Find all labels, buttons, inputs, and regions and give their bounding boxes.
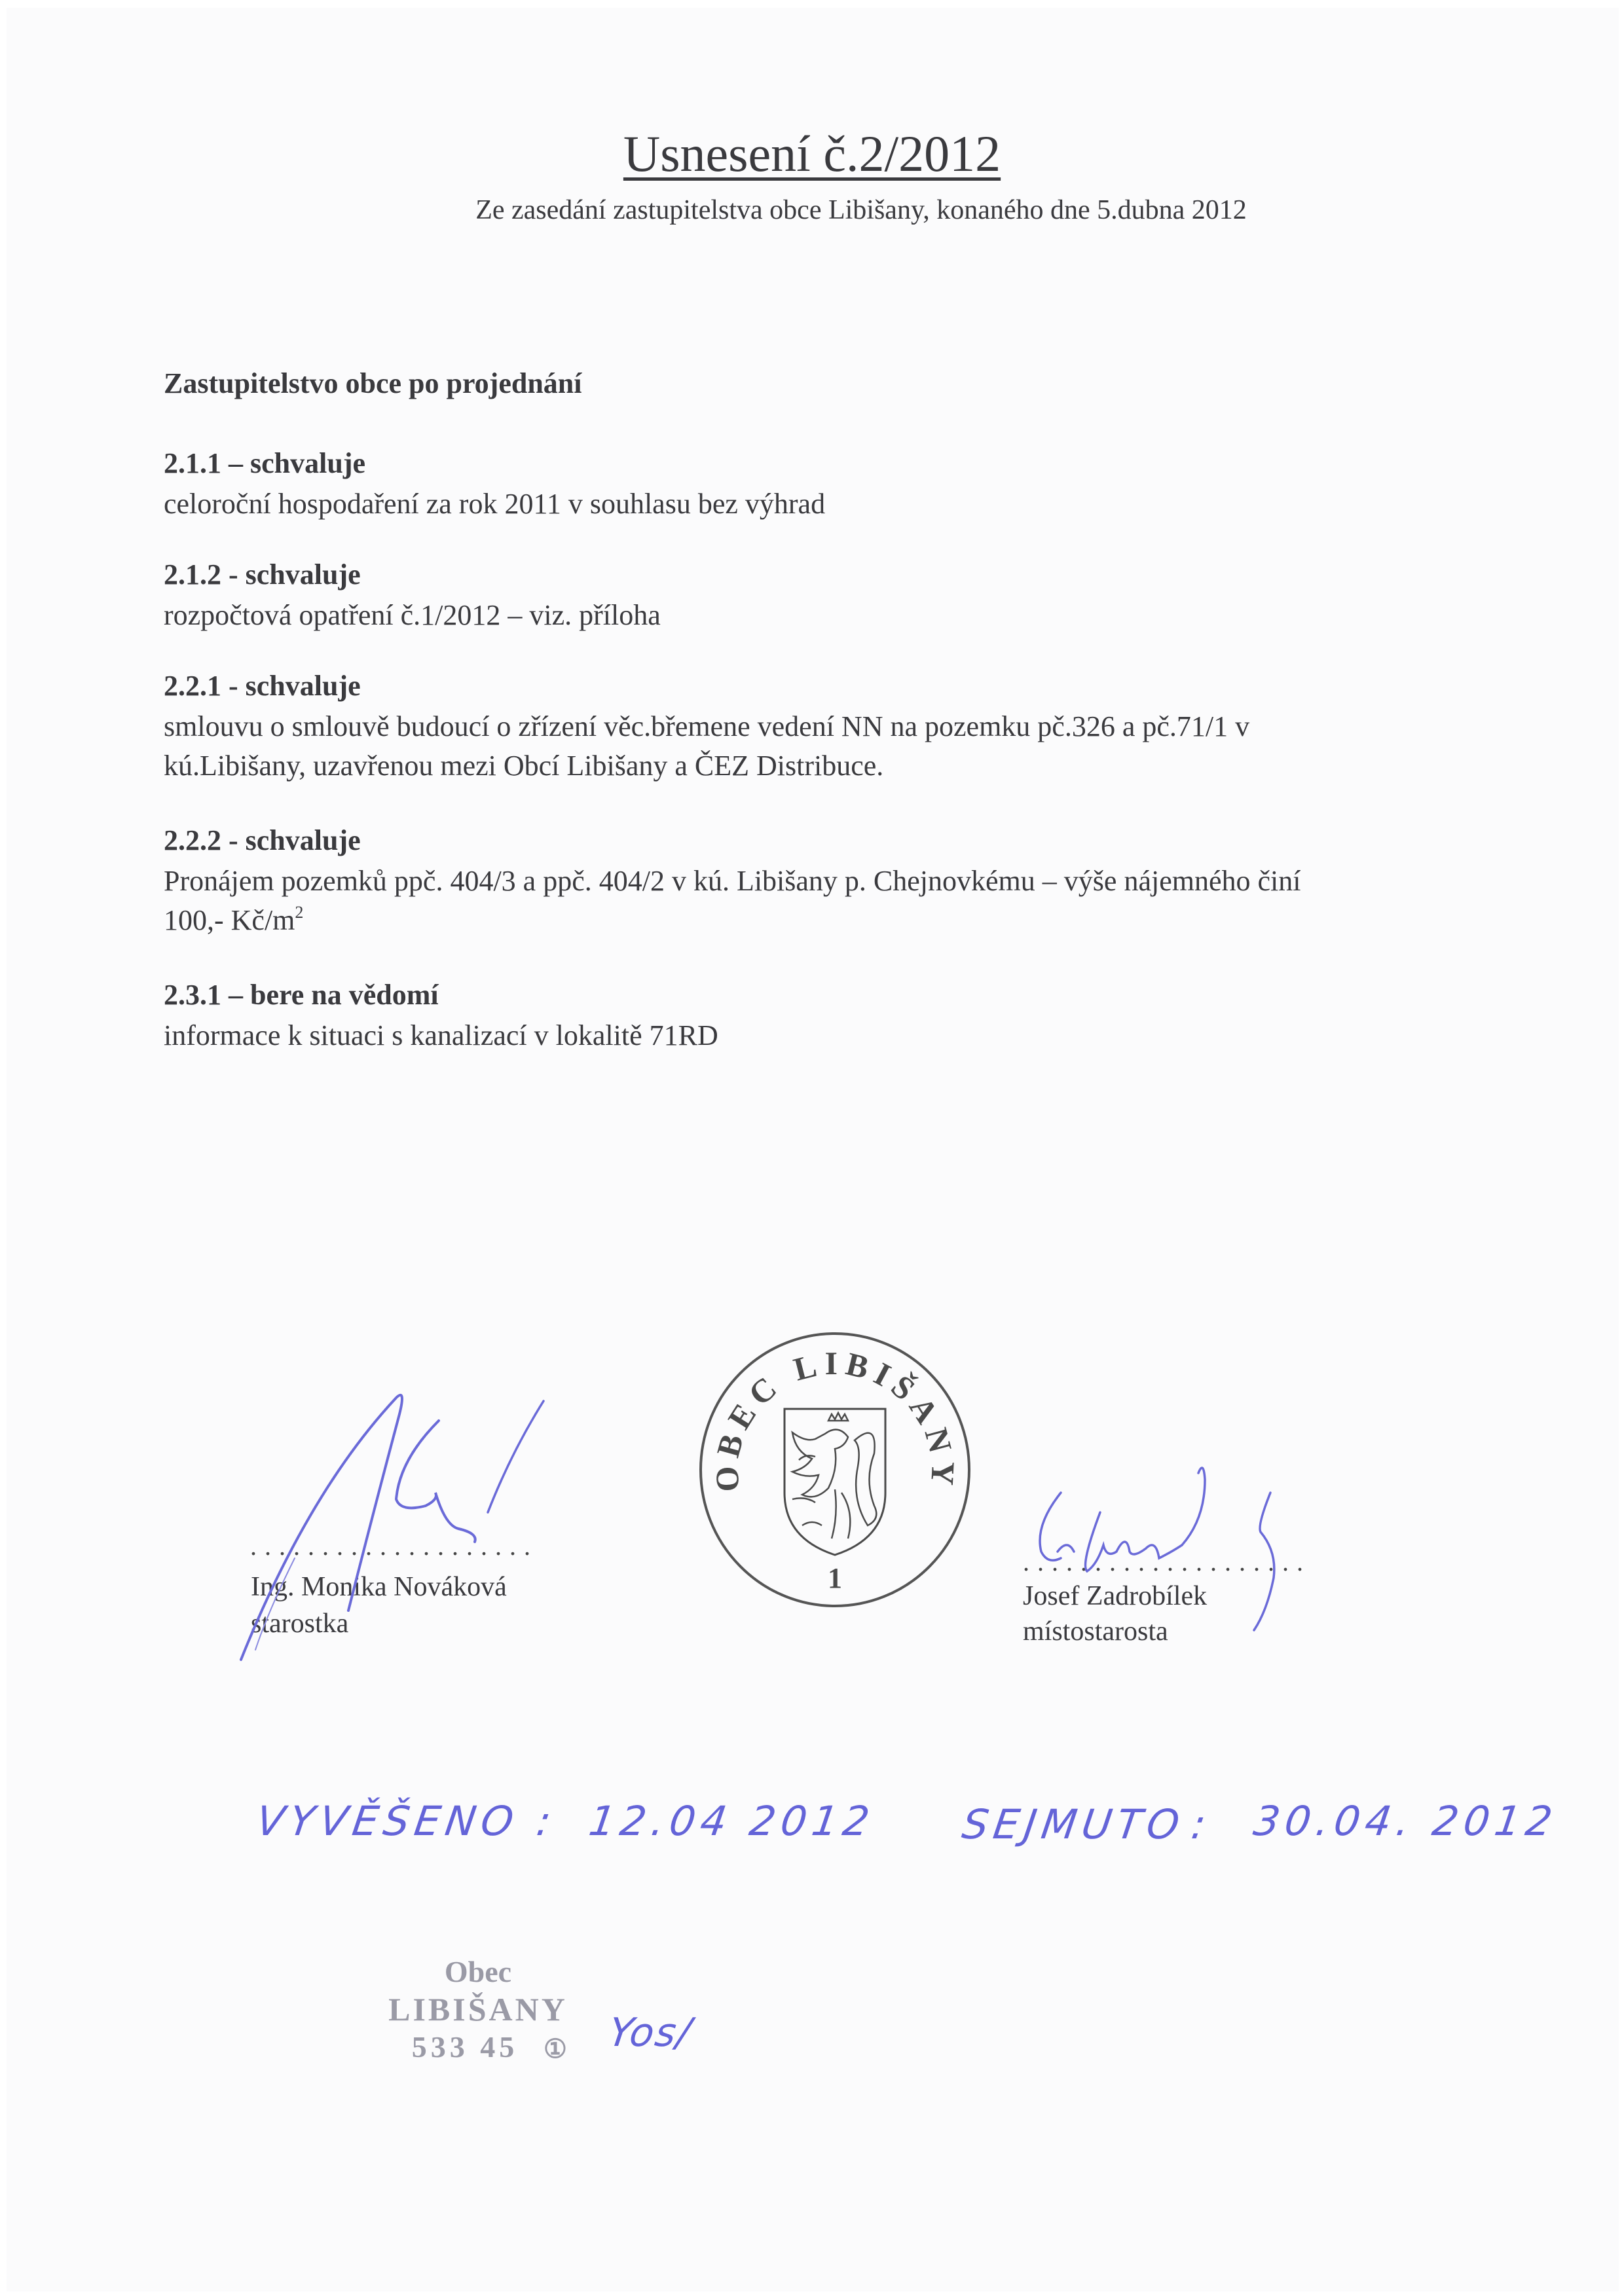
resolution-2-1-2-body: rozpočtová opatření č.1/2012 – viz. příl… bbox=[164, 596, 661, 635]
mayor-signature bbox=[229, 1362, 622, 1669]
removed-date: 30.04. 2012 bbox=[1251, 1797, 1560, 1845]
intro-heading: Zastupitelstvo obce po projednání bbox=[164, 367, 582, 400]
stamp-line-obec: Obec bbox=[367, 1954, 589, 1989]
resolution-2-2-2-heading: 2.2.2 - schvaluje bbox=[164, 824, 361, 857]
stamp-line-zip: 533 45 bbox=[386, 2030, 544, 2064]
resolution-2-3-1-body: informace k situaci s kanalizací v lokal… bbox=[164, 1016, 718, 1055]
posted-label: VYVĚŠENO bbox=[253, 1797, 522, 1845]
scanned-page bbox=[7, 8, 1619, 2291]
resolution-2-2-1-heading: 2.2.1 - schvaluje bbox=[164, 669, 361, 702]
resolution-2-1-1-heading: 2.1.1 – schvaluje bbox=[164, 446, 365, 480]
resolution-2-2-2-body-line2: 100,- Kč/m2 bbox=[164, 901, 303, 940]
rent-price: 100,- Kč/m bbox=[164, 904, 295, 936]
stamp-circled-number: ① bbox=[544, 2033, 567, 2064]
posted-date: 12.04 2012 bbox=[586, 1797, 877, 1845]
page-title: Usnesení č.2/2012 bbox=[0, 128, 1624, 179]
stamp-line-libisany: LIBIŠANY bbox=[354, 1990, 602, 2028]
stamp-initials: Yos/ bbox=[606, 2010, 695, 2056]
lion-coat-of-arms-icon bbox=[784, 1409, 885, 1555]
title-text: Usnesení č.2/2012 bbox=[623, 125, 1001, 182]
resolution-2-3-1-heading: 2.3.1 – bere na vědomí bbox=[164, 978, 439, 1011]
resolution-2-2-2-body-line1: Pronájem pozemků ppč. 404/3 a ppč. 404/2… bbox=[164, 862, 1301, 901]
removed-label: SEJMUTO bbox=[959, 1800, 1188, 1848]
seal-number: 1 bbox=[828, 1562, 842, 1594]
resolution-2-2-1-body-line1: smlouvu o smlouvě budoucí o zřízení věc.… bbox=[164, 707, 1249, 746]
resolution-2-1-1-body: celoroční hospodaření za rok 2011 v souh… bbox=[164, 484, 825, 524]
deputy-mayor-signature bbox=[995, 1453, 1362, 1650]
superscript-2: 2 bbox=[295, 903, 303, 922]
resolution-2-2-1-body-line2: kú.Libišany, uzavřenou mezi Obcí Libišan… bbox=[164, 746, 883, 786]
official-seal: OBEC LIBIŠANY 1 bbox=[694, 1329, 976, 1611]
resolution-2-1-2-heading: 2.1.2 - schvaluje bbox=[164, 558, 361, 591]
page-subtitle: Ze zasedání zastupitelstva obce Libišany… bbox=[0, 194, 1624, 226]
